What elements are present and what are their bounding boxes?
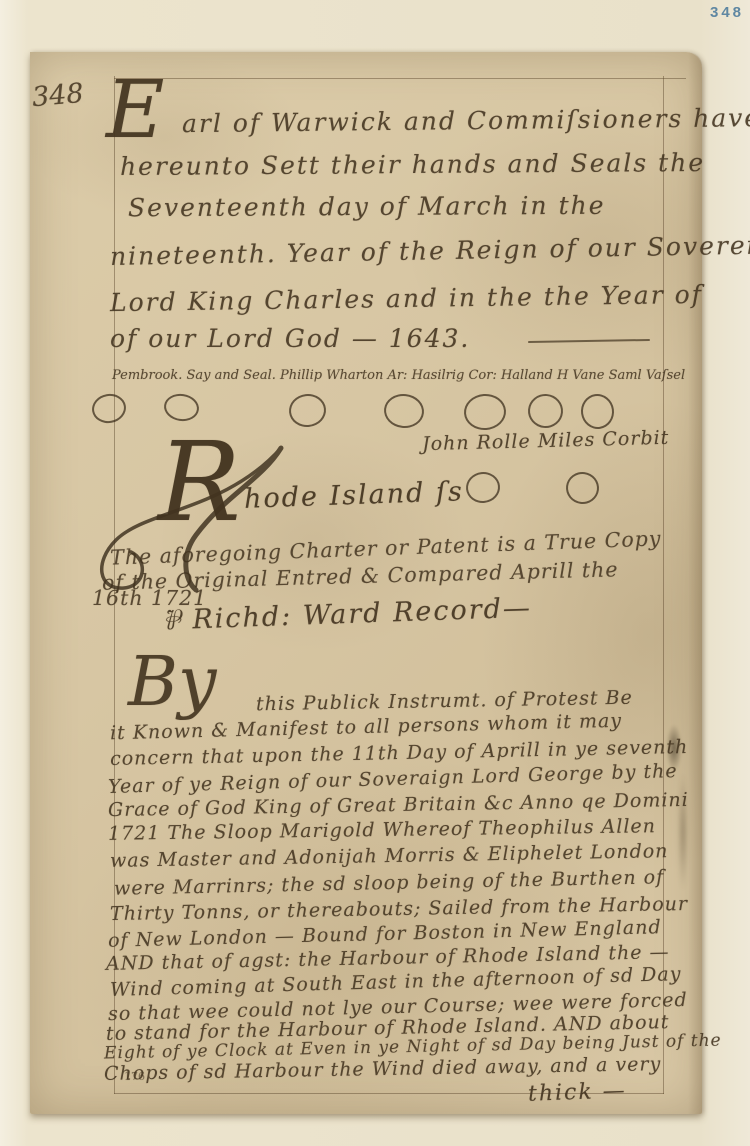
protest-closing-word: thick — [528, 1078, 628, 1106]
footer-page-note: 176 [124, 1070, 145, 1083]
seal-circle [564, 470, 601, 506]
charter-line-3: Seventeenth day of March in the [128, 191, 606, 222]
charter-line-4: nineteenth. Year of the Reign of our Sov… [110, 230, 750, 271]
seal-circle [287, 392, 327, 429]
scanned-manuscript-page: { "scan": { "stamped_folio": "348", "han… [0, 0, 750, 1146]
seal-circle [527, 393, 565, 430]
heading-initial: R [158, 438, 241, 526]
stamped-folio-number: 348 [710, 4, 744, 21]
protest-initial: By [128, 652, 216, 713]
recorder-signature: ⅌ Richd: Ward Record— [161, 588, 532, 638]
seal-circle [90, 391, 129, 425]
charter-line-5: Lord King Charles and in the the Year of [110, 280, 703, 317]
seal-circle [579, 392, 617, 431]
witness-seal-circles [466, 472, 599, 504]
handwritten-folio-number: 348 [31, 78, 85, 113]
seal-circle [464, 470, 501, 504]
charter-line-6: of our Lord God — 1643. [110, 324, 470, 353]
signatures-names-line: Pembrook. Say and Seal. Phillip Wharton … [112, 368, 685, 383]
seal-circle [463, 393, 507, 432]
charter-initial-letter: E [106, 74, 164, 146]
charter-line-1: arl of Warwick and Commiſsioners have— [182, 103, 750, 138]
heading-rhode-island: hode Island ſs [244, 476, 465, 515]
ruled-line-top [114, 78, 686, 79]
manuscript-page: 348 E arl of Warwick and Commiſsioners h… [30, 52, 702, 1114]
charter-line-2: hereunto Sett their hands and Seals the [120, 148, 705, 181]
page-edge-shading [688, 52, 702, 1114]
seal-circle [382, 392, 425, 430]
witness-signatures: John Rolle Miles Corbit [422, 427, 670, 455]
line-filler-dash [528, 339, 650, 343]
